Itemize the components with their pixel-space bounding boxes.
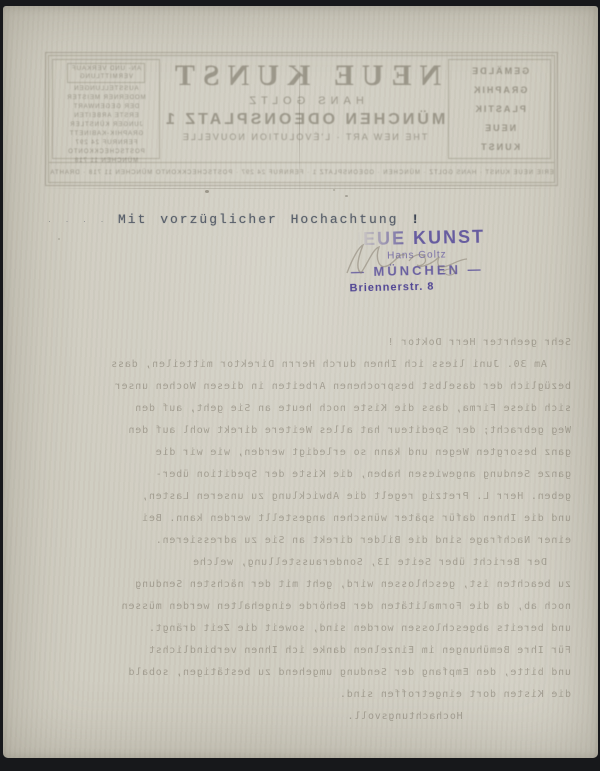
typed-closing-line: Mit vorzüglicher Hochachtung ! xyxy=(118,212,421,227)
closing-text: Mit vorzüglicher Hochachtung xyxy=(118,212,398,227)
letterhead-columns: GEMÄLDEGRAPHIKPLASTIKNEUEKUNST NEUE KUNS… xyxy=(49,56,554,162)
bleedthrough-line: zu beachten ist, geschlossen wird, geht … xyxy=(35,574,571,596)
panel-gemaelde-line: GEMÄLDE xyxy=(470,66,529,76)
panel-info-line: ERSTE ARBEITEN xyxy=(66,112,145,121)
letterhead-inner-border: GEMÄLDEGRAPHIKPLASTIKNEUEKUNST NEUE KUNS… xyxy=(48,55,555,183)
panel-info-line: MODERNER MEISTER xyxy=(66,94,145,103)
letterhead-panel-info: AN- UND VERKAUFVERMITTLUNG AUSSTELLUNGEN… xyxy=(52,59,160,159)
bleedthrough-line: und bereits abgeschlossen worden sind, s… xyxy=(35,618,571,640)
bleedthrough-line: Der Bericht über Seite 13, Sonderausstel… xyxy=(35,552,571,574)
ink-speck xyxy=(58,238,60,240)
horizontal-fold-crease xyxy=(43,188,559,189)
panel-info-lines: AUSSTELLUNGENMODERNER MEISTERDER GEGENWA… xyxy=(66,85,145,166)
bleedthrough-line: Sehr geehrter Herr Doktor ! xyxy=(35,332,571,354)
bleedthrough-line: Hochachtungsvoll. xyxy=(35,706,571,728)
bleedthrough-line: Weg gebracht; der Spediteur hat alles We… xyxy=(35,420,571,442)
scanned-letter-verso: GEMÄLDEGRAPHIKPLASTIKNEUEKUNST NEUE KUNS… xyxy=(0,0,600,771)
panel-gemaelde-line: NEUE xyxy=(483,123,516,133)
body-text-bleedthrough: Sehr geehrter Herr Doktor ! Am 30. Juni … xyxy=(35,332,571,728)
bleedthrough-line: und bitte, den Empfang der Sendung umgeh… xyxy=(35,662,571,684)
panel-info-header: AN- UND VERKAUFVERMITTLUNG xyxy=(67,63,145,83)
bleedthrough-line: sich diese Firma, dass die Kiste noch he… xyxy=(35,398,571,420)
ink-speck xyxy=(345,195,348,197)
letterhead-subtitle: THE NEW ART · L'ÉVOLUTION NOUVELLE xyxy=(181,132,427,142)
panel-gemaelde-line: KUNST xyxy=(479,142,520,152)
closing-exclamation: ! xyxy=(411,212,421,227)
bleedthrough-line: einer Nachfrage sind die Bilder direkt a… xyxy=(35,530,571,552)
ink-speck xyxy=(333,189,335,191)
faint-margin-marks: · · · · xyxy=(48,216,110,226)
panel-info-line: POSTSCHECKKONTO xyxy=(66,148,145,157)
letterhead-address: MÜNCHEN ODEONSPLATZ 1 xyxy=(163,111,445,129)
panel-info-line: AUSSTELLUNGEN xyxy=(66,85,145,94)
bleedthrough-line: ganze Sendung angewiesen haben, die Kist… xyxy=(35,464,571,486)
bleedthrough-line: ganz besorgten Wegen und kann so erledig… xyxy=(35,442,571,464)
bleedthrough-line: geben. Herr L. Pretzig regelt die Abwick… xyxy=(35,486,571,508)
panel-info-header-line: VERMITTLUNG xyxy=(71,73,141,81)
handwritten-signature-scrawl xyxy=(339,239,494,287)
panel-gemaelde-line: GRAPHIK xyxy=(472,85,528,95)
panel-info-line: FERNRUF 24 297 xyxy=(66,139,145,148)
bleedthrough-line: die Kisten dort eingetroffen sind. xyxy=(35,684,571,706)
letterhead-title: NEUE KUNST xyxy=(167,60,441,92)
panel-info-header-line: AN- UND VERKAUF xyxy=(71,65,141,73)
panel-info-line: GRAPHIK-KABINETT xyxy=(66,130,145,139)
bleedthrough-line: und die Ihnen dafür später wünschen ange… xyxy=(35,508,571,530)
letterhead-center: NEUE KUNST HANS GOLTZ MÜNCHEN ODEONSPLAT… xyxy=(163,56,445,162)
panel-gemaelde-line: PLASTIK xyxy=(473,104,526,114)
panel-info-line: DER GEGENWART xyxy=(66,103,145,112)
panel-info-line: JUNGER KÜNSTLER xyxy=(66,121,145,130)
paper-sheet: GEMÄLDEGRAPHIKPLASTIKNEUEKUNST NEUE KUNS… xyxy=(3,6,598,758)
bleedthrough-line: Am 30. Juni liess ich Ihnen durch Herrn … xyxy=(35,354,571,376)
letterhead-proprietor: HANS GOLTZ xyxy=(244,95,363,107)
letterhead-bottom-strip: GEGRÜNDET 1912 · GALERIE NEUE KUNST · HA… xyxy=(49,162,554,182)
ink-speck xyxy=(205,190,209,193)
letterhead-panel-gemaelde: GEMÄLDEGRAPHIKPLASTIKNEUEKUNST xyxy=(448,59,551,159)
bleedthrough-line: noch ab, da die Formalitäten der Behörde… xyxy=(35,596,571,618)
bleedthrough-line: bezüglich der daselbst besprochenen Arbe… xyxy=(35,376,571,398)
letterhead-bleedthrough: GEMÄLDEGRAPHIKPLASTIKNEUEKUNST NEUE KUNS… xyxy=(45,52,558,186)
bleedthrough-line: Für Ihre Bemühungen im Einzelnen danke i… xyxy=(35,640,571,662)
vertical-fold-crease xyxy=(299,46,300,198)
